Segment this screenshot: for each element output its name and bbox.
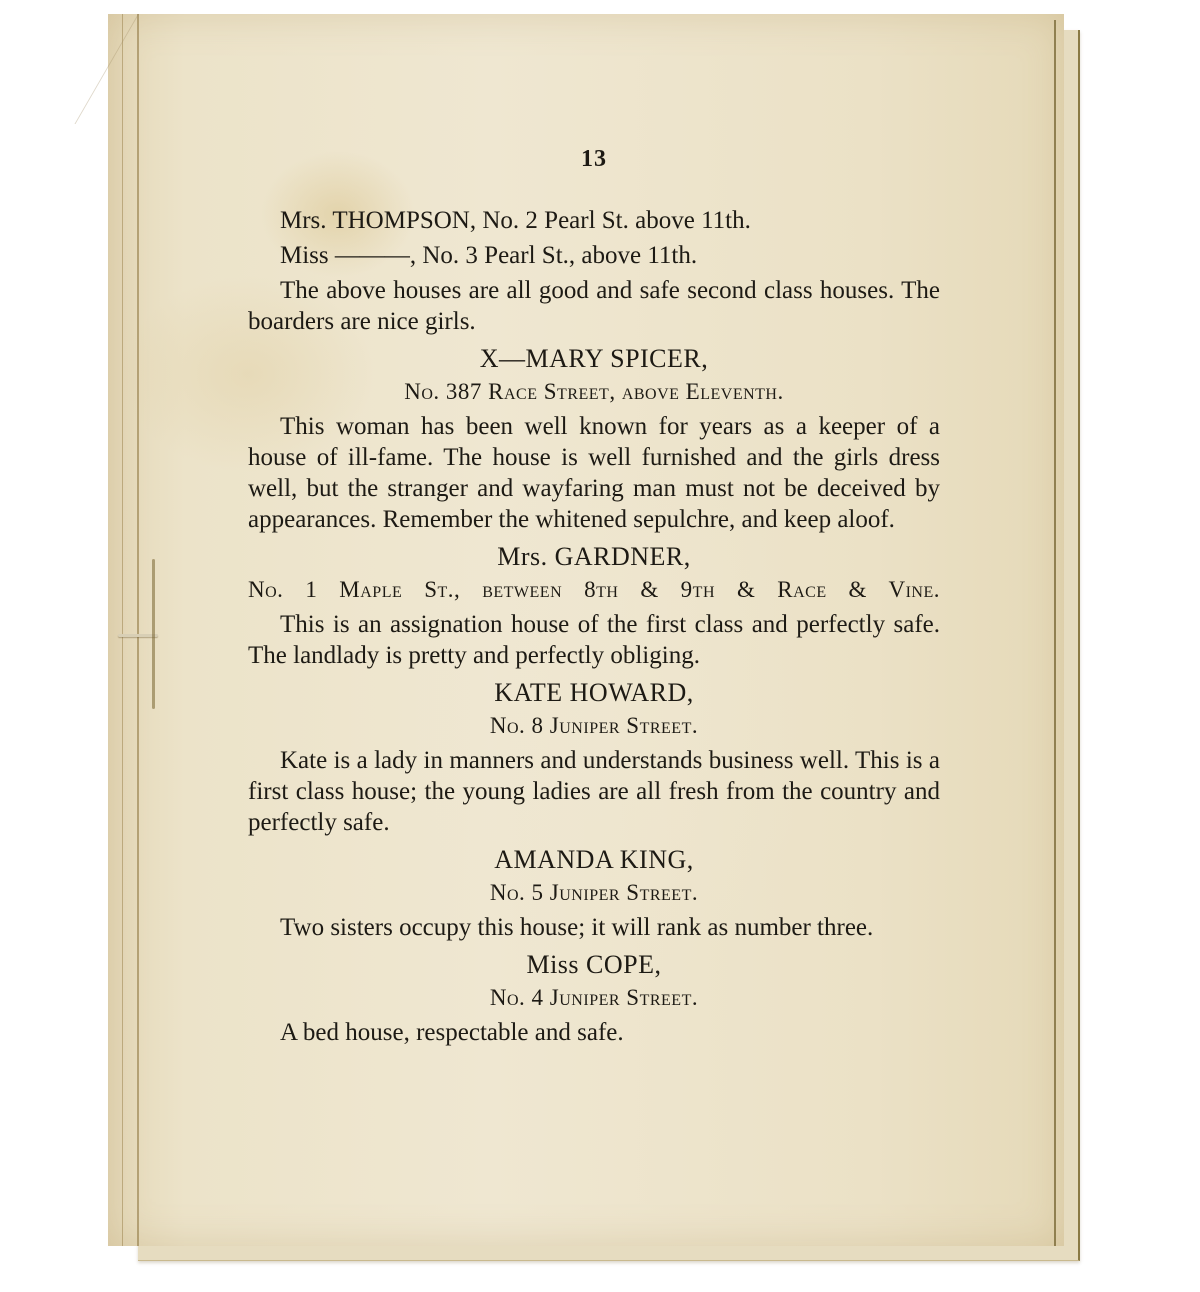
section-amanda-king: AMANDA KING, No. 5 Juniper Street. Two s… [248,844,940,943]
page-crease [74,14,229,124]
section-description: Two sisters occupy this house; it will r… [248,912,940,943]
section-mary-spicer: X—MARY SPICER, No. 387 Race Street, abov… [248,343,940,535]
section-miss-cope: Miss COPE, No. 4 Juniper Street. A bed h… [248,949,940,1048]
book-page: 13 Mrs. THOMPSON, No. 2 Pearl St. above … [108,14,1064,1246]
section-address: No. 5 Juniper Street. [248,877,940,908]
intro-paragraph: The above houses are all good and safe s… [248,275,940,337]
section-description: A bed house, respectable and safe. [248,1017,940,1048]
page-number: 13 [248,144,940,175]
section-address: No. 4 Juniper Street. [248,982,940,1013]
section-heading: KATE HOWARD, [248,677,940,708]
section-description: This is an assignation house of the firs… [248,609,940,671]
entry-thompson: Mrs. THOMPSON, No. 2 Pearl St. above 11t… [248,205,940,236]
page-text: 13 Mrs. THOMPSON, No. 2 Pearl St. above … [248,144,940,1048]
section-description: Kate is a lady in manners and understand… [248,745,940,838]
page-edge [1054,20,1056,1246]
section-heading: Miss COPE, [248,949,940,980]
section-address: No. 1 Maple St., between 8th & 9th & Rac… [248,574,940,605]
section-address: No. 8 Juniper Street. [248,710,940,741]
section-heading: AMANDA KING, [248,844,940,875]
page-binding [122,14,139,1246]
entry-miss-unnamed: Miss ———, No. 3 Pearl St., above 11th. [248,240,940,271]
binding-thread-stitch [152,559,155,709]
section-description: This woman has been well known for years… [248,411,940,535]
section-heading: Mrs. GARDNER, [248,541,940,572]
section-kate-howard: KATE HOWARD, No. 8 Juniper Street. Kate … [248,677,940,838]
section-heading: X—MARY SPICER, [248,343,940,374]
section-gardner: Mrs. GARDNER, No. 1 Maple St., between 8… [248,541,940,671]
section-address: No. 387 Race Street, above Eleventh. [248,376,940,407]
